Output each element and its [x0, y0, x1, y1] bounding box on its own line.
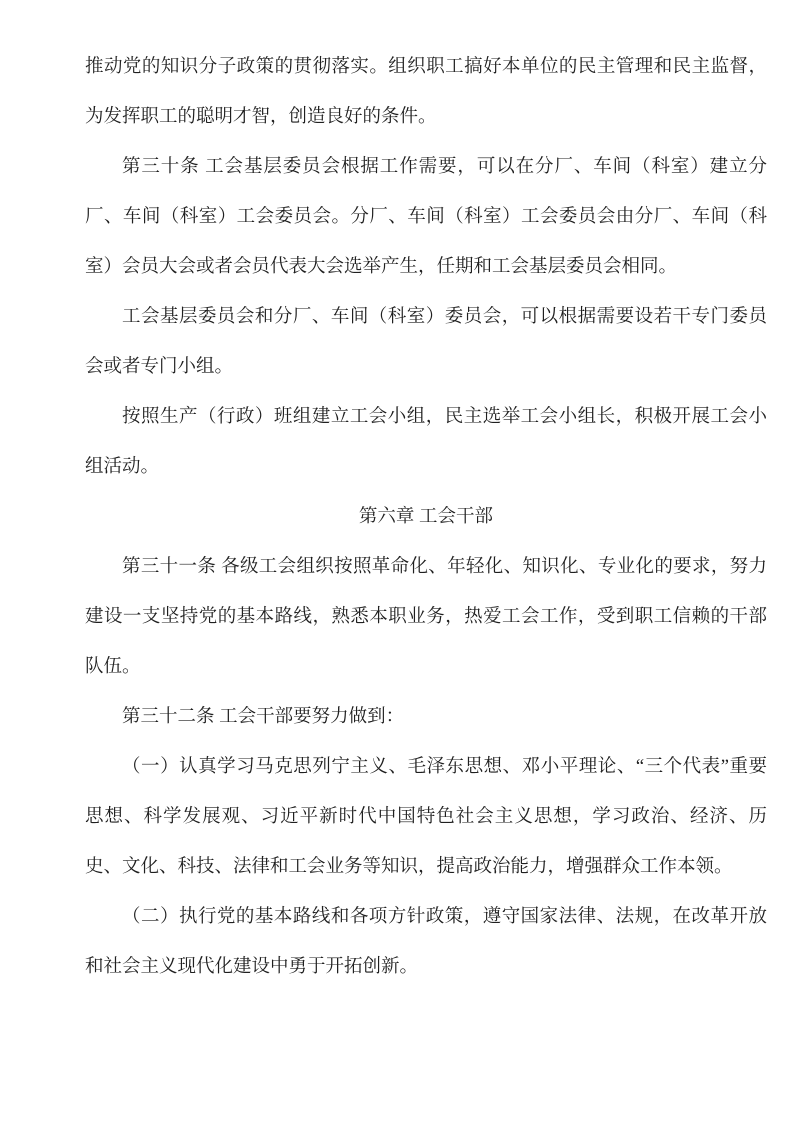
paragraph: 第三十条 工会基层委员会根据工作需要，可以在分厂、车间（科室）建立分厂、车间（科… — [85, 142, 767, 292]
paragraph: 第三十二条 工会干部要努力做到： — [85, 692, 767, 742]
document-text-block: 推动党的知识分子政策的贯彻落实。组织职工搞好本单位的民主管理和民主监督，为发挥职… — [85, 42, 767, 992]
paragraph: （一）认真学习马克思列宁主义、毛泽东思想、邓小平理论、“三个代表”重要思想、科学… — [85, 742, 767, 892]
paragraph: 推动党的知识分子政策的贯彻落实。组织职工搞好本单位的民主管理和民主监督，为发挥职… — [85, 42, 767, 142]
paragraph: 工会基层委员会和分厂、车间（科室）委员会，可以根据需要设若干专门委员会或者专门小… — [85, 292, 767, 392]
paragraph: （二）执行党的基本路线和各项方针政策，遵守国家法律、法规，在改革开放和社会主义现… — [85, 892, 767, 992]
chapter-heading: 第六章 工会干部 — [85, 492, 767, 542]
document-page: 推动党的知识分子政策的贯彻落实。组织职工搞好本单位的民主管理和民主监督，为发挥职… — [0, 0, 793, 1122]
paragraph: 按照生产（行政）班组建立工会小组，民主选举工会小组长，积极开展工会小组活动。 — [85, 392, 767, 492]
paragraph: 第三十一条 各级工会组织按照革命化、年轻化、知识化、专业化的要求，努力建设一支坚… — [85, 542, 767, 692]
